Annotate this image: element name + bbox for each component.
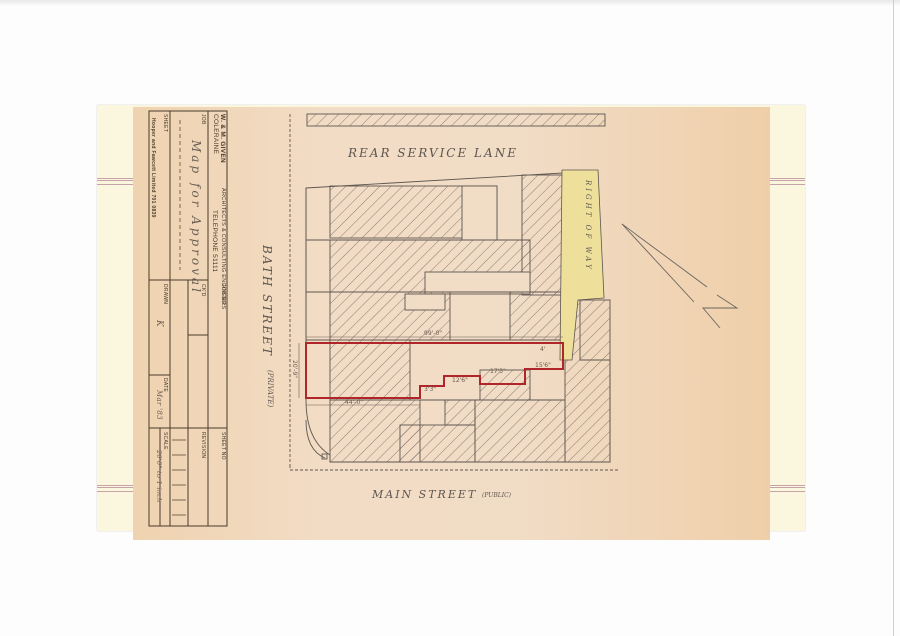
bath-street-label: BATH STREET <box>260 245 274 357</box>
north-arrow-icon <box>622 224 737 328</box>
main-street-edge <box>290 465 620 470</box>
dimension-overall-length: 99'-0" <box>424 330 442 337</box>
dimension-step-2: 12'6" <box>452 377 468 384</box>
rear-service-lane-label: REAR SERVICE LANE <box>348 146 518 160</box>
dimension-frontage-width: 20'-9" <box>291 360 298 378</box>
dimension-step-3: 17'3" <box>490 368 506 375</box>
rear-lane-boundary <box>307 114 605 126</box>
main-street-label: MAIN STREET <box>372 488 477 501</box>
dimension-bottom-length: 44'-0" <box>345 399 363 406</box>
dimension-step-1: 3'3" <box>424 386 436 393</box>
dimension-step-rise-end: 4' <box>540 346 545 353</box>
dimension-step-4: 15'6" <box>535 362 551 369</box>
main-street-note: (PUBLIC) <box>482 492 511 499</box>
site-plan-drawing <box>0 0 900 636</box>
right-of-way-label: RIGHT OF WAY <box>584 180 592 272</box>
bath-street-note: (PRIVATE) <box>266 370 274 407</box>
